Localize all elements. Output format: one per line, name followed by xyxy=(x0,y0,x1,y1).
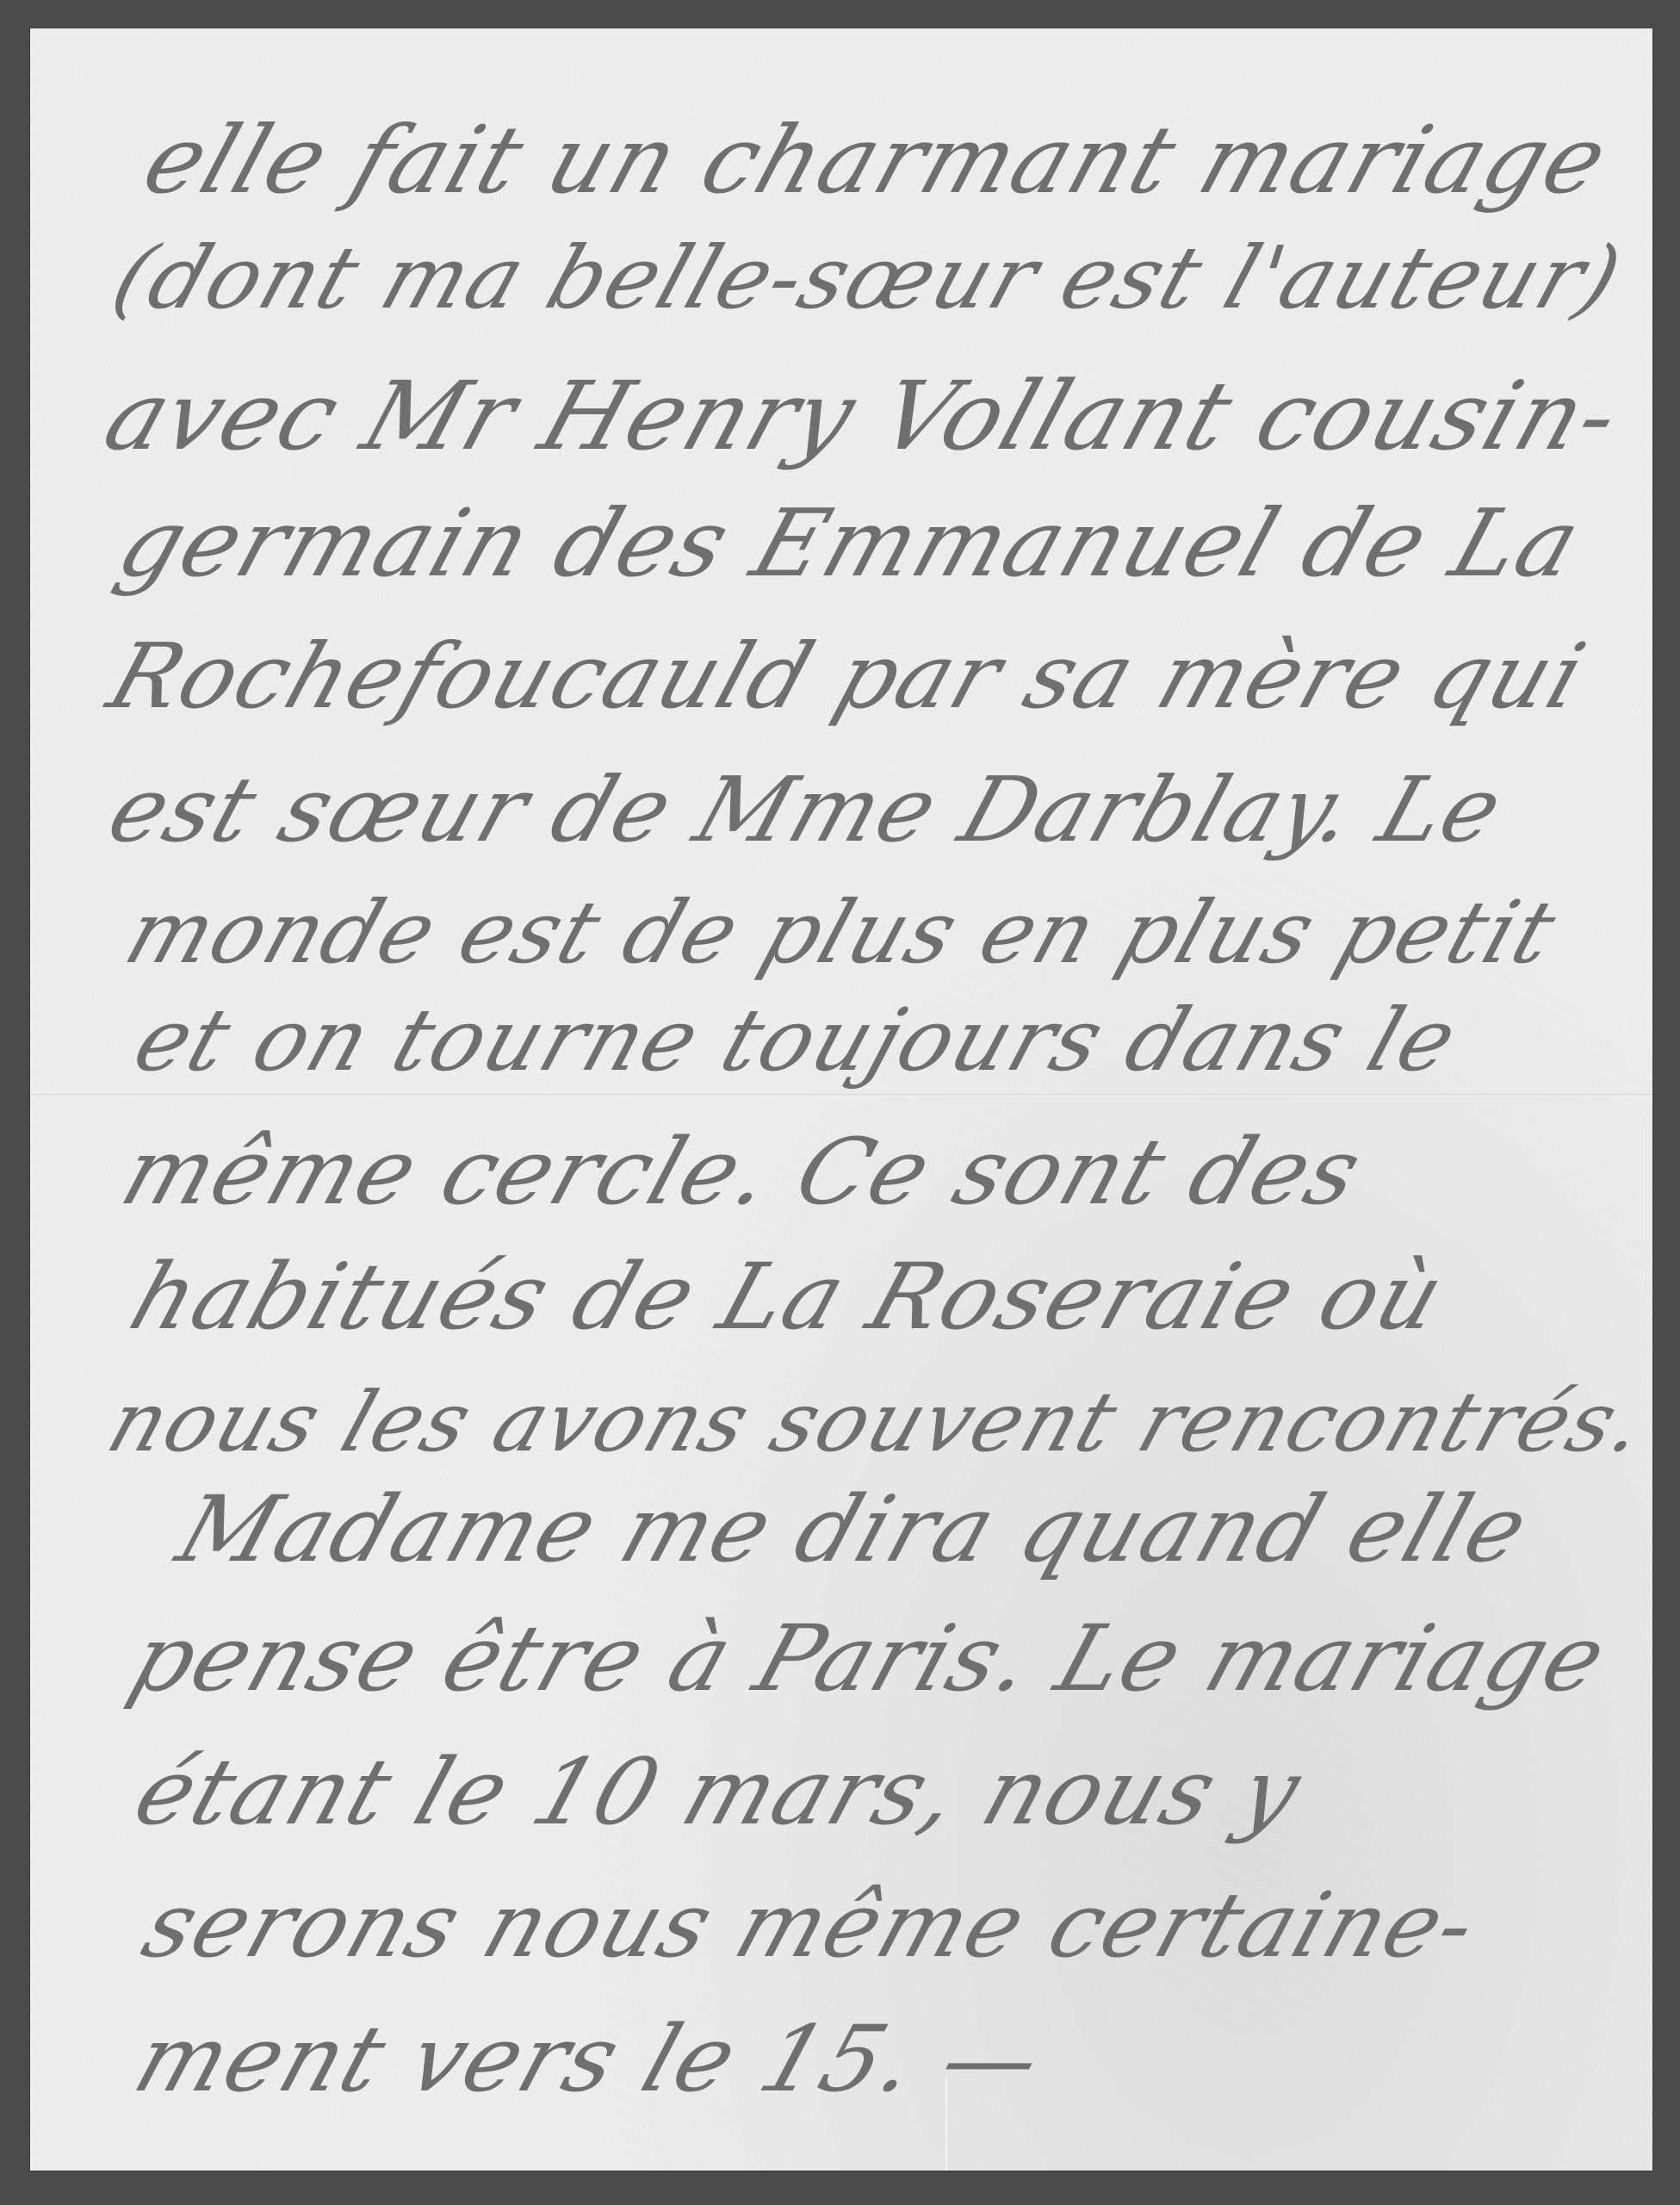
handwritten-line-10: habitués de La Roseraie où xyxy=(121,1252,1455,1343)
handwritten-line-13: pense être à Paris. Le mariage xyxy=(121,1613,1617,1705)
handwritten-line-8: et on tourne toujours dans le xyxy=(125,997,1468,1084)
scanned-page: elle fait un charmant mariage (dont ma b… xyxy=(0,0,1680,2205)
handwritten-line-14: étant le 10 mars, nous y xyxy=(125,1747,1312,1838)
letter-paper: elle fait un charmant mariage (dont ma b… xyxy=(30,28,1652,2171)
handwritten-line-15: serons nous même certaine- xyxy=(133,1880,1488,1970)
handwritten-line-5: Rochefoucauld par sa mère qui xyxy=(99,631,1596,721)
handwritten-line-9: même cercle. Ce sont des xyxy=(112,1127,1373,1218)
handwritten-line-2: (dont ma belle-sœur est l'auteur) xyxy=(103,235,1632,321)
handwritten-line-4: germain des Emmanuel de La xyxy=(108,498,1591,591)
horizontal-fold-crease xyxy=(30,1094,1652,1096)
handwritten-line-1: elle fait un charmant mariage xyxy=(133,115,1619,208)
handwritten-line-12: Madame me dira quand elle xyxy=(168,1484,1540,1575)
handwritten-line-6: est sœur de Mme Darblay. Le xyxy=(99,765,1514,854)
handwritten-line-11: nous les avons souvent rencontrés. xyxy=(99,1381,1656,1463)
handwritten-line-16: ment vers le 15. — xyxy=(125,2014,1053,2105)
handwritten-line-3: avec Mr Henry Vollant cousin- xyxy=(95,369,1632,463)
handwritten-line-7: monde est de plus en plus petit xyxy=(116,890,1566,976)
